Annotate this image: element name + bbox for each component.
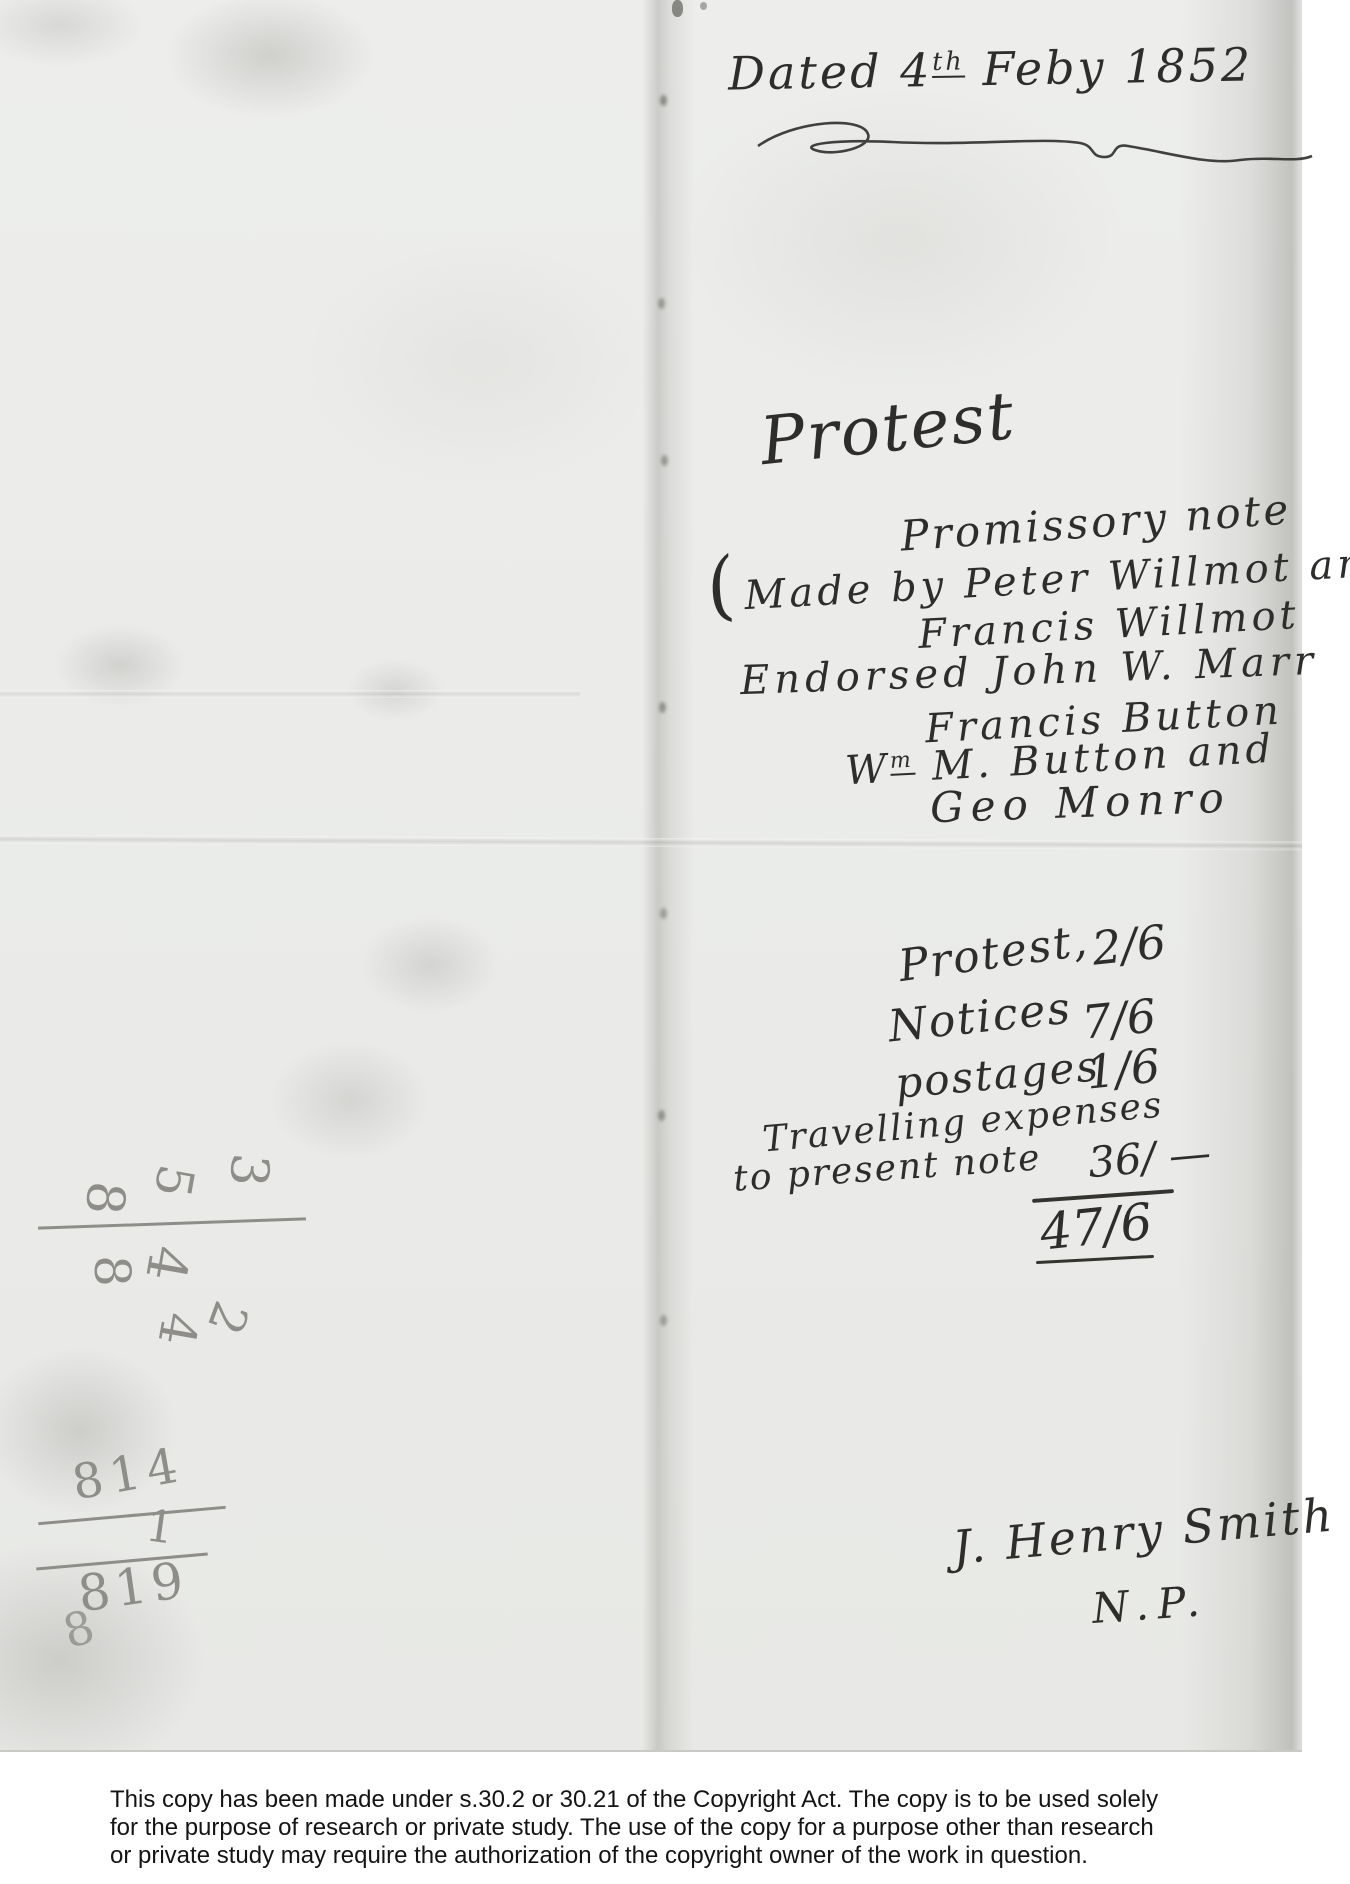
signature-title: N.P. (1090, 1576, 1210, 1633)
horizontal-crease (0, 690, 580, 698)
charge-amount: 2/6 (1089, 914, 1168, 975)
pencil-digit: 8 (73, 1179, 136, 1217)
total-amount: 47/6 (1037, 1192, 1155, 1261)
copyright-notice: This copy has been made under s.30.2 or … (110, 1786, 1290, 1870)
endorsed-line4: Geo Monro (929, 773, 1231, 832)
scanned-document-page: Dated 4th Feby 1852 Protest Promissory n… (0, 0, 1350, 1884)
copyright-line2: for the purpose of research or private s… (110, 1814, 1290, 1842)
pencil-digit: 3 (217, 1151, 280, 1189)
pencil-digit: 8 (83, 1255, 141, 1287)
ink-speck (700, 2, 707, 10)
horizontal-crease (0, 835, 1302, 851)
date-suffix: Feby 1852 (964, 37, 1253, 96)
endorsed-line3-superscript: m (889, 747, 915, 775)
date-line: Dated 4th Feby 1852 (728, 37, 1254, 100)
date-prefix: Dated 4 (728, 43, 933, 101)
endorsed-line3-base: W (844, 746, 891, 794)
date-superscript: th (932, 46, 965, 78)
ink-speck (672, 0, 683, 17)
copyright-line1: This copy has been made under s.30.2 or … (110, 1786, 1290, 1814)
pen-flourish (740, 116, 1320, 174)
copyright-line3: or private study may require the authori… (110, 1842, 1290, 1870)
paper-sheet (0, 0, 1302, 1752)
